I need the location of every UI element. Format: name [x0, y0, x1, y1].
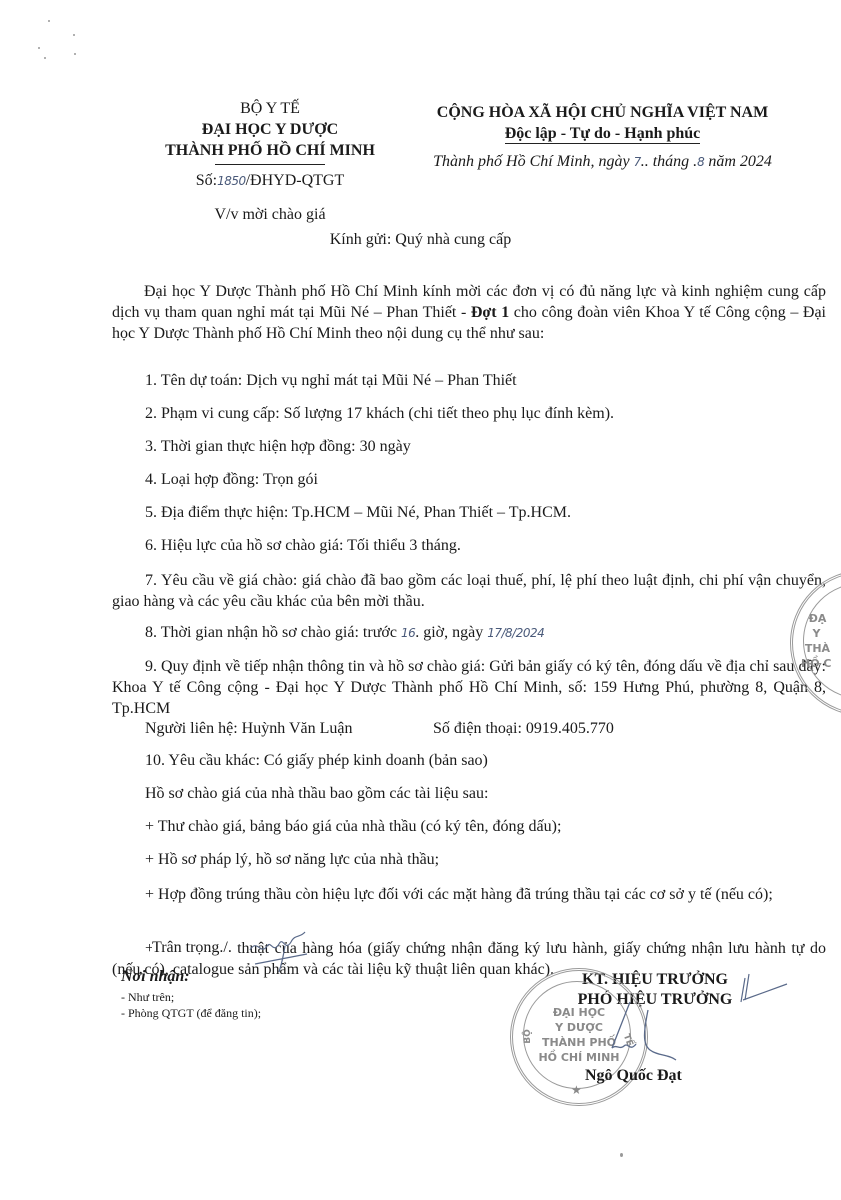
initials-mark-icon — [735, 970, 795, 1010]
university-name-line2: THÀNH PHỐ HỒ CHÍ MINH — [120, 140, 420, 161]
closing: Trân trọng./. — [152, 939, 232, 957]
list-item: 4. Loại hợp đồng: Trọn gói — [145, 471, 318, 489]
recipient-item: - Phòng QTGT (để đăng tin); — [121, 1006, 261, 1021]
scan-speck — [74, 53, 76, 55]
national-motto: Độc lập - Tự do - Hạnh phúc — [505, 123, 701, 144]
signatory-name: Ngô Quốc Đạt — [585, 1067, 682, 1085]
scan-speck — [44, 57, 46, 59]
header-divider — [215, 164, 325, 165]
document-number: Số:1850/ĐHYD-QTGT — [120, 170, 420, 192]
list-item: 10. Yêu cầu khác: Có giấy phép kinh doan… — [145, 752, 488, 770]
star-icon: ★ — [571, 1083, 582, 1098]
recipient-item: - Như trên; — [121, 990, 174, 1005]
docs-intro: Hồ sơ chào giá của nhà thầu bao gồm các … — [145, 785, 488, 803]
nation-name: CỘNG HÒA XÃ HỘI CHỦ NGHĨA VIỆT NAM — [405, 102, 800, 123]
handwritten-deadline-date: 17/8/2024 — [487, 626, 544, 640]
list-item: 6. Hiệu lực của hồ sơ chào giá: Tối thiể… — [145, 537, 461, 555]
contact-phone: Số điện thoại: 0919.405.770 — [433, 720, 614, 738]
list-item-deadline: 8. Thời gian nhận hồ sơ chào giá: trước … — [145, 624, 544, 642]
doc-requirement: + Hợp đồng trúng thầu còn hiệu lực đối v… — [112, 884, 826, 905]
scan-speck — [48, 20, 50, 22]
batch-label: Đợt 1 — [471, 304, 509, 321]
doc-requirement: + Hồ sơ pháp lý, hồ sơ năng lực của nhà … — [145, 851, 439, 869]
scan-speck — [73, 34, 75, 36]
issue-date: Thành phố Hồ Chí Minh, ngày 7.. tháng .8… — [405, 153, 800, 171]
list-item: 3. Thời gian thực hiện hợp đồng: 30 ngày — [145, 438, 411, 456]
university-name-line1: ĐẠI HỌC Y DƯỢC — [120, 119, 420, 140]
handwritten-hour: 16 — [401, 626, 415, 640]
initials-signature-icon — [245, 928, 315, 978]
list-item: 1. Tên dự toán: Dịch vụ nghỉ mát tại Mũi… — [145, 372, 517, 390]
scan-speck — [38, 47, 40, 49]
scan-speck — [620, 1153, 623, 1157]
doc-requirement: + Thư chào giá, bảng báo giá của nhà thầ… — [145, 818, 561, 836]
subject-line: V/v mời chào giá — [120, 204, 420, 225]
list-item: 5. Địa điểm thực hiện: Tp.HCM – Mũi Né, … — [145, 504, 571, 522]
contact-person: Người liên hệ: Huỳnh Văn Luận — [145, 720, 352, 738]
list-item: 2. Phạm vi cung cấp: Số lượng 17 khách (… — [145, 405, 614, 423]
issuer-block: BỘ Y TẾ ĐẠI HỌC Y DƯỢC THÀNH PHỐ HỒ CHÍ … — [120, 98, 420, 225]
handwritten-doc-number: 1850 — [217, 174, 246, 188]
handwritten-day: 7 — [634, 155, 641, 169]
national-heading: CỘNG HÒA XÃ HỘI CHỦ NGHĨA VIỆT NAM Độc l… — [405, 102, 800, 144]
list-item: 7. Yêu cầu về giá chào: giá chào đã bao … — [112, 570, 826, 612]
ministry-name: BỘ Y TẾ — [120, 98, 420, 119]
handwritten-signature-icon — [590, 1000, 680, 1070]
salutation: Kính gửi: Quý nhà cung cấp — [0, 231, 841, 249]
intro-paragraph: Đại học Y Dược Thành phố Hồ Chí Minh kín… — [112, 281, 841, 344]
recipients-title: Nơi nhận: — [121, 968, 190, 986]
list-item: 9. Quy định về tiếp nhận thông tin và hồ… — [112, 656, 826, 719]
